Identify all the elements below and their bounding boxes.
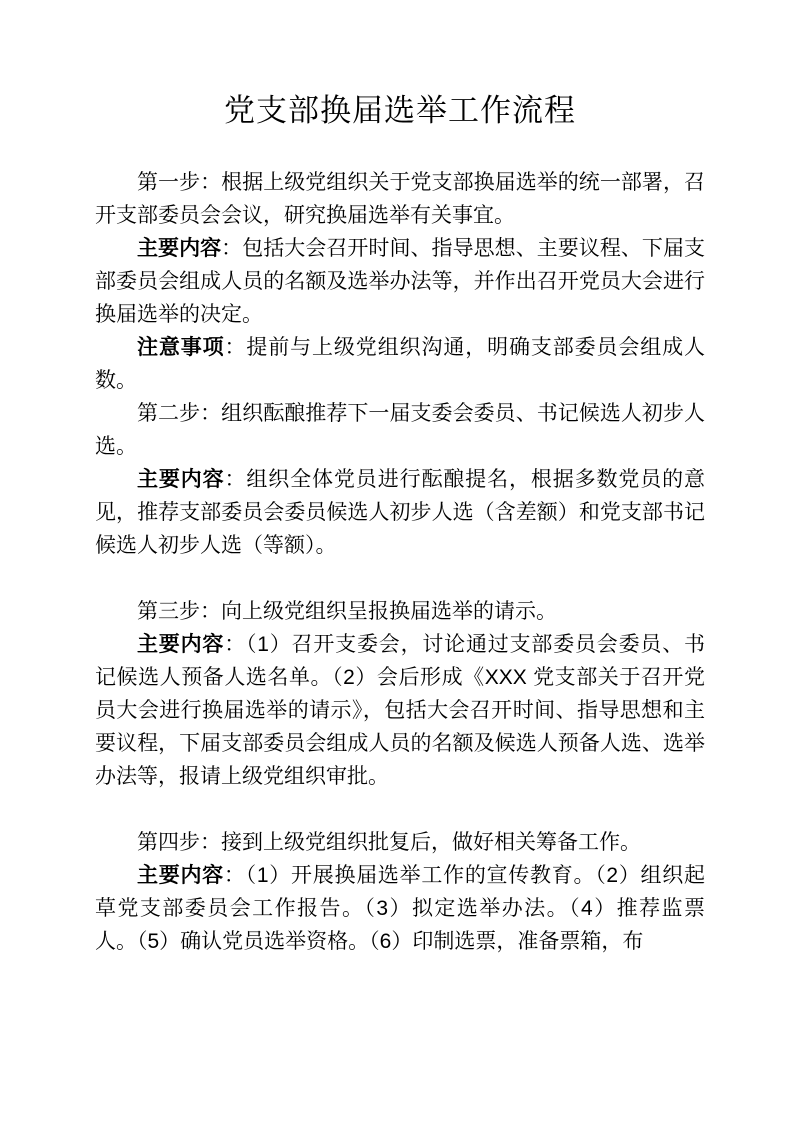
paragraph: 注意事项：提前与上级党组织沟通，明确支部委员会组成人数。 [95, 331, 705, 397]
paragraph: 第四步：接到上级党组织批复后，做好相关筹备工作。 [95, 826, 705, 859]
blank-line [95, 793, 705, 826]
paragraph: 主要内容：包括大会召开时间、指导思想、主要议程、下届支部委员会组成人员的名额及选… [95, 232, 705, 331]
text-run: 第三步：向上级党组织呈报换届选举的请示。 [137, 600, 557, 623]
paragraph: 第三步：向上级党组织呈报换届选举的请示。 [95, 595, 705, 628]
paragraph: 主要内容：（1）开展换届选举工作的宣传教育。（2）组织起草党支部委员会工作报告。… [95, 859, 705, 958]
document-body: 第一步：根据上级党组织关于党支部换届选举的统一部署，召开支部委员会会议，研究换届… [95, 166, 705, 958]
bold-run: 主要内容 [137, 633, 224, 656]
blank-line [95, 562, 705, 595]
paragraph: 第二步：组织酝酿推荐下一届支委会委员、书记候选人初步人选。 [95, 397, 705, 463]
bold-run: 主要内容 [137, 864, 224, 887]
text-run: 第二步：组织酝酿推荐下一届支委会委员、书记候选人初步人选。 [95, 402, 705, 458]
document-page: 党支部换届选举工作流程 第一步：根据上级党组织关于党支部换届选举的统一部署，召开… [0, 0, 794, 1122]
text-run: 第四步：接到上级党组织批复后，做好相关筹备工作。 [137, 831, 641, 854]
paragraph: 主要内容：组织全体党员进行酝酿提名，根据多数党员的意见，推荐支部委员会委员候选人… [95, 463, 705, 562]
bold-run: 注意事项 [137, 336, 225, 359]
document-title: 党支部换届选举工作流程 [95, 88, 705, 133]
text-run: 第一步：根据上级党组织关于党支部换届选举的统一部署，召开支部委员会会议，研究换届… [95, 171, 705, 227]
text-run: ：（1）召开支委会，讨论通过支部委员会委员、书记候选人预备人选名单。（2）会后形… [95, 633, 705, 788]
paragraph: 主要内容：（1）召开支委会，讨论通过支部委员会委员、书记候选人预备人选名单。（2… [95, 628, 705, 793]
paragraph: 第一步：根据上级党组织关于党支部换届选举的统一部署，召开支部委员会会议，研究换届… [95, 166, 705, 232]
bold-run: 主要内容 [137, 237, 221, 260]
bold-run: 主要内容 [137, 468, 225, 491]
